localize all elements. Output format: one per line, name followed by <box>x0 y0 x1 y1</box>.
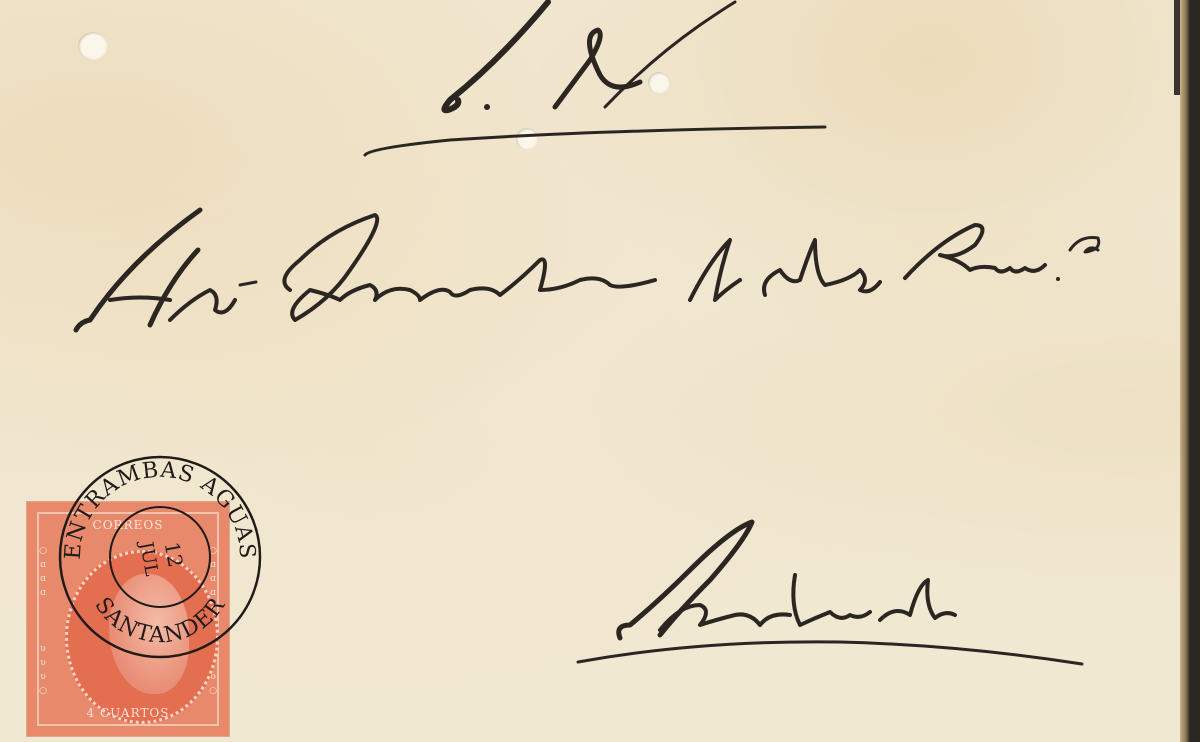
envelope: S. H. Al Sr. Gobernador de esta Prov.a S… <box>0 0 1190 742</box>
stamp-ornament-left: ○ɑɑɑυυυ○ <box>39 544 47 714</box>
postmark-month: JUL <box>135 538 162 577</box>
postmark-province: SANTANDER <box>89 593 230 649</box>
postmark-cancel: ENTRAMBAS AGUAS SANTANDER 12 JUL <box>55 452 265 662</box>
address-line-1: S. H. <box>365 2 825 155</box>
stamp-value-label: 4 CUARTOS <box>39 706 217 720</box>
address-line-3: Santander <box>578 522 1082 664</box>
address-line-2: Al Sr. Gobernador de esta Prov.a <box>76 210 1099 330</box>
postmark-day: 12 <box>160 540 188 569</box>
